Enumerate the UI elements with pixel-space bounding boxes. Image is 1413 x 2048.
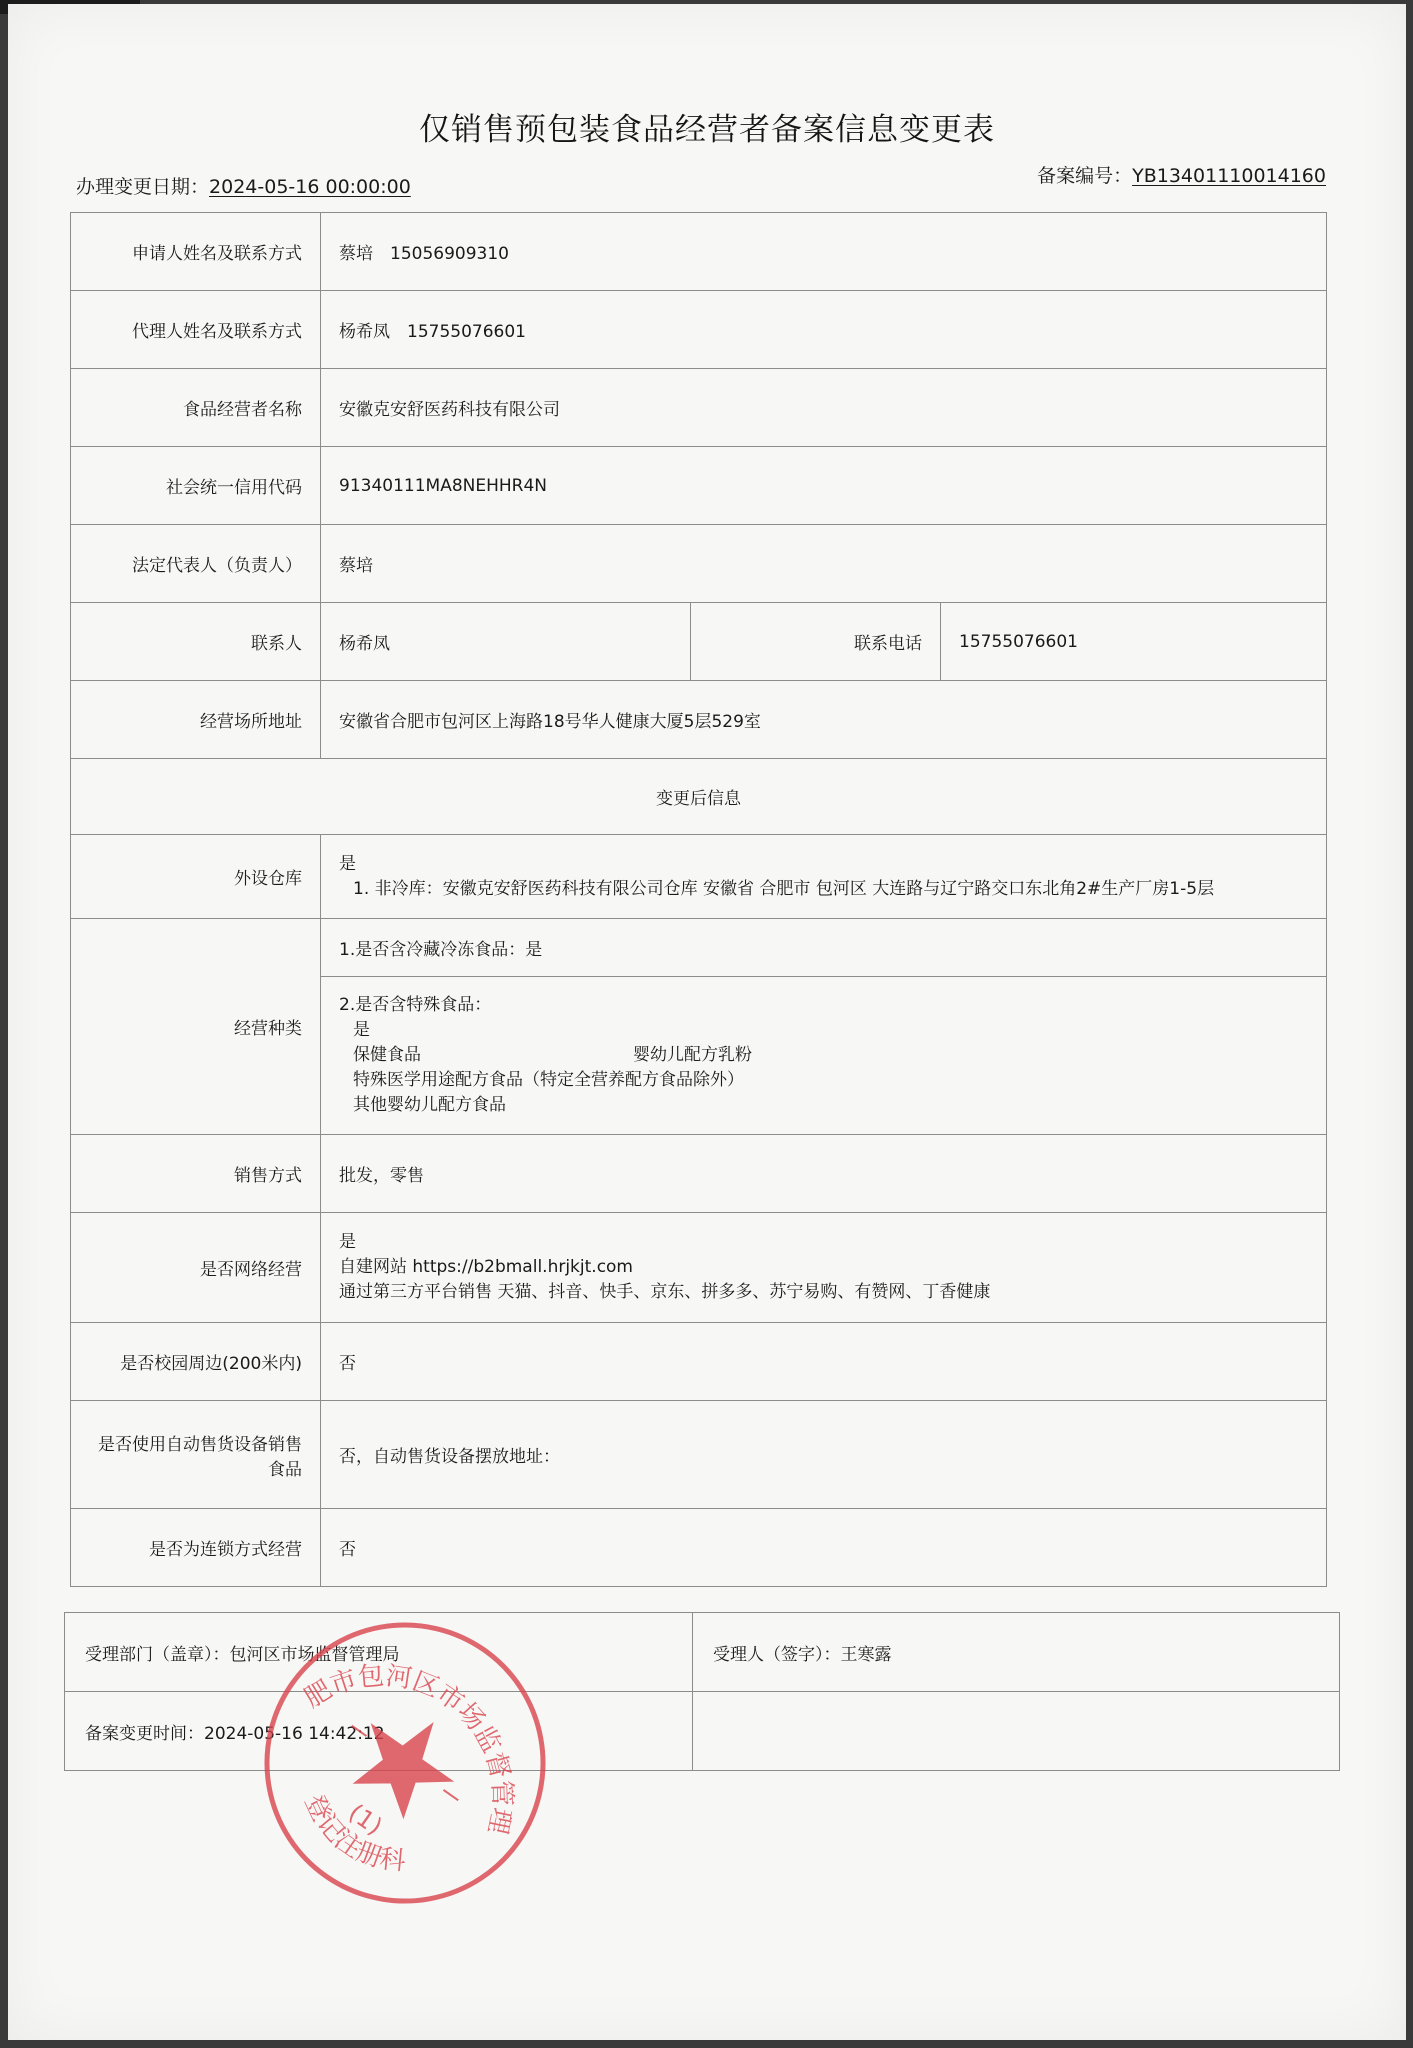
record-number: 备案编号：YB13401110014160 — [1037, 161, 1326, 188]
change-time: 备案变更时间：2024-05-16 14:42:12 — [65, 1692, 693, 1771]
online-label: 是否网络经营 — [71, 1213, 321, 1323]
table-row: 联系人 杨希凤 联系电话 15755076601 — [71, 603, 1327, 681]
applicant-label: 申请人姓名及联系方式 — [71, 213, 321, 291]
record-form-table: 申请人姓名及联系方式 蔡培 15056909310 代理人姓名及联系方式 杨希凤… — [70, 212, 1327, 1587]
warehouse-label: 外设仓库 — [71, 835, 321, 919]
sales-mode-label: 销售方式 — [71, 1135, 321, 1213]
sales-mode-value: 批发，零售 — [321, 1135, 1327, 1213]
applicant-value: 蔡培 15056909310 — [321, 213, 1327, 291]
online-line: 是 — [339, 1230, 1308, 1255]
special-food-items: 保健食品 婴幼儿配方乳粉 — [339, 1043, 1308, 1068]
record-number-label: 备案编号： — [1037, 165, 1132, 187]
change-date-value: 2024-05-16 00:00:00 — [209, 176, 411, 198]
online-platforms: 通过第三方平台销售 天猫、抖音、快手、京东、拼多多、苏宁易购、有赞网、丁香健康 — [339, 1280, 1308, 1305]
acceptance-table: 受理部门（盖章）：包河区市场监督管理局 受理人（签字）：王寒露 备案变更时间：2… — [64, 1612, 1340, 1771]
section-header: 变更后信息 — [71, 759, 1327, 835]
table-row: 社会统一信用代码 91340111MA8NEHHR4N — [71, 447, 1327, 525]
chain-value: 否 — [321, 1509, 1327, 1587]
address-value: 安徽省合肥市包河区上海路18号华人健康大厦5层529室 — [321, 681, 1327, 759]
item-medical-food: 特殊医学用途配方食品（特定全营养配方食品除外） — [339, 1068, 1308, 1093]
page-title: 仅销售预包装食品经营者备案信息变更表 — [8, 104, 1406, 149]
table-row: 经营场所地址 安徽省合肥市包河区上海路18号华人健康大厦5层529室 — [71, 681, 1327, 759]
legal-rep-label: 法定代表人（负责人） — [71, 525, 321, 603]
table-row: 申请人姓名及联系方式 蔡培 15056909310 — [71, 213, 1327, 291]
accepting-dept: 受理部门（盖章）：包河区市场监督管理局 — [65, 1613, 693, 1692]
table-row: 备案变更时间：2024-05-16 14:42:12 — [65, 1692, 1340, 1771]
table-row: 是否校园周边(200米内) 否 — [71, 1323, 1327, 1401]
warehouse-line: 1. 非冷库：安徽克安舒医药科技有限公司仓库 安徽省 合肥市 包河区 大连路与辽… — [339, 877, 1308, 902]
item-infant-milk: 婴幼儿配方乳粉 — [633, 1043, 752, 1068]
table-row: 法定代表人（负责人） 蔡培 — [71, 525, 1327, 603]
empty-cell — [693, 1692, 1340, 1771]
section-header-row: 变更后信息 — [71, 759, 1327, 835]
category-value: 1.是否含冷藏冷冻食品：是 2.是否含特殊食品： 是 保健食品 婴幼儿配方乳粉 … — [321, 919, 1327, 1135]
item-other-infant: 其他婴幼儿配方食品 — [339, 1093, 1308, 1118]
operator-name-label: 食品经营者名称 — [71, 369, 321, 447]
special-food-row: 2.是否含特殊食品： 是 保健食品 婴幼儿配方乳粉 特殊医学用途配方食品（特定全… — [321, 977, 1326, 1134]
table-row: 经营种类 1.是否含冷藏冷冻食品：是 2.是否含特殊食品： 是 保健食品 婴幼儿… — [71, 919, 1327, 1135]
record-number-value: YB13401110014160 — [1132, 165, 1326, 187]
address-label: 经营场所地址 — [71, 681, 321, 759]
contact-label: 联系人 — [71, 603, 321, 681]
table-row: 外设仓库 是 1. 非冷库：安徽克安舒医药科技有限公司仓库 安徽省 合肥市 包河… — [71, 835, 1327, 919]
vending-value: 否，自动售货设备摆放地址： — [321, 1401, 1327, 1509]
table-row: 代理人姓名及联系方式 杨希凤 15755076601 — [71, 291, 1327, 369]
legal-rep-value: 蔡培 — [321, 525, 1327, 603]
online-value: 是 自建网站 https://b2bmall.hrjkjt.com 通过第三方平… — [321, 1213, 1327, 1323]
table-row: 受理部门（盖章）：包河区市场监督管理局 受理人（签字）：王寒露 — [65, 1613, 1340, 1692]
credit-code-label: 社会统一信用代码 — [71, 447, 321, 525]
category-label: 经营种类 — [71, 919, 321, 1135]
campus-value: 否 — [321, 1323, 1327, 1401]
change-date: 办理变更日期：2024-05-16 00:00:00 — [76, 172, 411, 199]
warehouse-value: 是 1. 非冷库：安徽克安舒医药科技有限公司仓库 安徽省 合肥市 包河区 大连路… — [321, 835, 1327, 919]
special-food-yes: 是 — [339, 1018, 1308, 1043]
vending-label: 是否使用自动售货设备销售食品 — [71, 1401, 321, 1509]
special-food-title: 2.是否含特殊食品： — [339, 993, 1308, 1018]
handler-signature: 受理人（签字）：王寒露 — [693, 1613, 1340, 1692]
table-row: 是否使用自动售货设备销售食品 否，自动售货设备摆放地址： — [71, 1401, 1327, 1509]
cold-food-text: 1.是否含冷藏冷冻食品：是 — [339, 940, 542, 960]
campus-label: 是否校园周边(200米内) — [71, 1323, 321, 1401]
agent-value: 杨希凤 15755076601 — [321, 291, 1327, 369]
table-row: 是否为连锁方式经营 否 — [71, 1509, 1327, 1587]
operator-name-value: 安徽克安舒医药科技有限公司 — [321, 369, 1327, 447]
online-website: 自建网站 https://b2bmall.hrjkjt.com — [339, 1255, 1308, 1280]
contact-value: 杨希凤 — [321, 603, 691, 681]
contact-phone-label: 联系电话 — [691, 603, 941, 681]
cold-food-row: 1.是否含冷藏冷冻食品：是 — [321, 919, 1326, 977]
chain-label: 是否为连锁方式经营 — [71, 1509, 321, 1587]
table-row: 食品经营者名称 安徽克安舒医药科技有限公司 — [71, 369, 1327, 447]
credit-code-value: 91340111MA8NEHHR4N — [321, 447, 1327, 525]
change-date-label: 办理变更日期： — [76, 176, 209, 198]
item-health-food: 保健食品 — [353, 1043, 633, 1068]
contact-phone-value: 15755076601 — [941, 603, 1327, 681]
warehouse-line: 是 — [339, 852, 1308, 877]
agent-label: 代理人姓名及联系方式 — [71, 291, 321, 369]
table-row: 是否网络经营 是 自建网站 https://b2bmall.hrjkjt.com… — [71, 1213, 1327, 1323]
table-row: 销售方式 批发，零售 — [71, 1135, 1327, 1213]
